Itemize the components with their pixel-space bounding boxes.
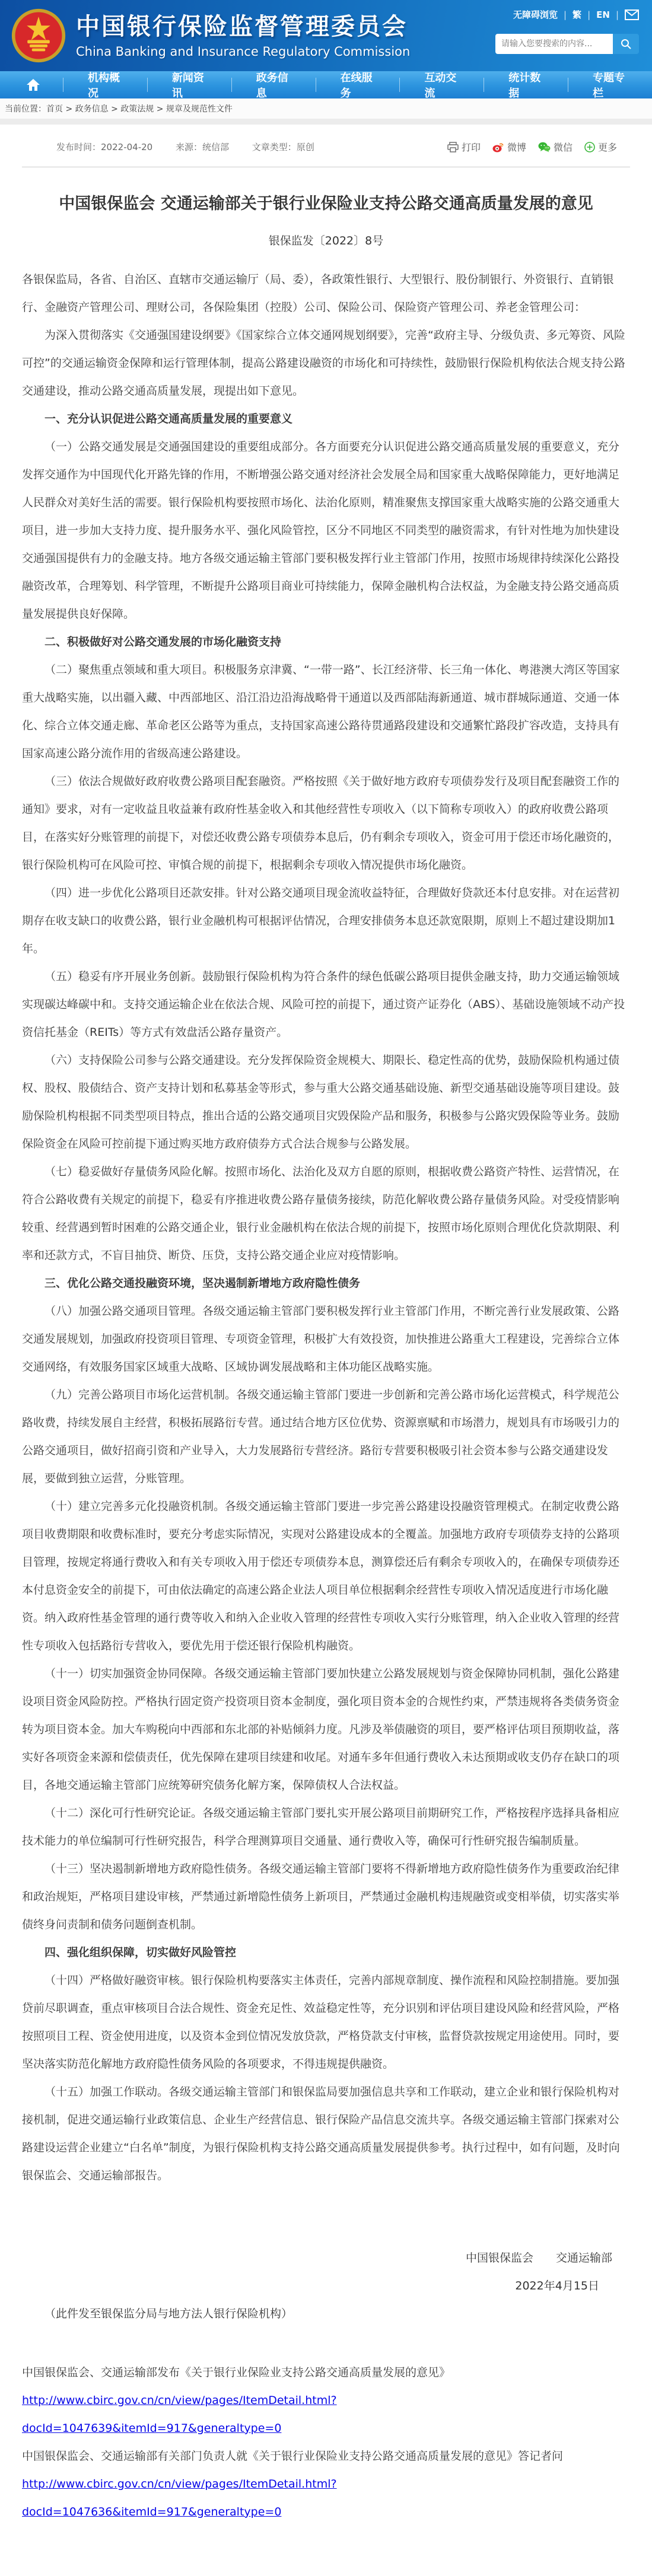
item-lead: （八）加强公路交通项目管理。 [44, 1305, 202, 1318]
home-icon[interactable] [0, 71, 63, 98]
publish-time-value: 2022-04-20 [101, 142, 152, 152]
english-link[interactable]: EN [596, 9, 610, 20]
item-lead: （十三）坚决遏制新增地方政府隐性债务。 [44, 1862, 259, 1875]
paragraph: （十三）坚决遏制新增地方政府隐性债务。各级交通运输主管部门要将不得新增地方政府隐… [22, 1855, 630, 1939]
paragraph: （八）加强公路交通项目管理。各级交通运输主管部门要积极发挥行业主管部门作用，不断… [22, 1297, 630, 1381]
item-lead: （十二）深化可行性研究论证。 [44, 1807, 202, 1820]
site-header: 中国银行保险监督管理委员会 China Banking and Insuranc… [0, 0, 652, 71]
divider [22, 167, 630, 167]
item-lead: （十五）加强工作联动。 [44, 2085, 168, 2098]
wechat-button[interactable]: 微信 [538, 140, 573, 154]
site-subtitle: China Banking and Insurance Regulatory C… [76, 44, 410, 59]
article-type-value: 原创 [297, 142, 314, 152]
document-link[interactable]: http://www.cbirc.gov.cn/cn/view/pages/It… [22, 2387, 630, 2443]
meta-left: 发布时间：2022-04-20 来源：统信部 文章类型：原创 [56, 141, 335, 153]
traditional-chinese-link[interactable]: 繁 [573, 8, 581, 21]
breadcrumb-item[interactable]: 政务信息 [75, 104, 109, 114]
nav-items: 机构概况新闻资讯政务信息在线服务互动交流统计数据专题专栏 [63, 71, 652, 98]
weibo-icon [492, 142, 504, 152]
document-body: 各银保监局，各省、自治区、直辖市交通运输厅（局、委），各政策性银行、大型银行、股… [22, 266, 630, 2190]
nav-item[interactable]: 机构概况 [63, 71, 147, 98]
print-button[interactable]: 打印 [447, 140, 481, 154]
paragraph: （十五）加强工作联动。各级交通运输主管部门和银保监局要加强信息共享和工作联动，建… [22, 2078, 630, 2190]
plus-more-icon [584, 142, 595, 152]
paragraph: （三）依法合规做好政府收费公路项目配套融资。严格按照《关于做好地方政府专项债券发… [22, 768, 630, 879]
paragraph: （六）支持保险公司参与公路交通建设。充分发挥保险资金规模大、期限长、稳定性高的优… [22, 1047, 630, 1158]
publish-time-label: 发布时间： [56, 142, 101, 152]
article-type-label: 文章类型： [252, 142, 297, 152]
nav-item[interactable]: 新闻资讯 [147, 71, 231, 98]
search-button[interactable] [613, 34, 639, 54]
more-button[interactable]: 更多 [584, 140, 617, 154]
item-lead: （五）稳妥有序开展业务创新。 [44, 970, 202, 983]
section-heading: 一、充分认识促进公路交通高质量发展的重要意义 [22, 405, 630, 433]
wechat-icon [538, 142, 551, 152]
paragraph: （四）进一步优化公路项目还款安排。针对公路交通项目现金流收益特征，合理做好贷款还… [22, 879, 630, 963]
link-label: 中国银保监会、交通运输部有关部门负责人就《关于银行业保险业支持公路交通高质量发展… [22, 2443, 630, 2470]
item-lead: （一）公路交通发展是交通强国建设的重要组成部分。 [44, 440, 315, 453]
related-links: 中国银保监会、交通运输部发布《关于银行业保险业支持公路交通高质量发展的意见》ht… [22, 2359, 630, 2526]
printer-icon [447, 142, 459, 152]
utility-links: 无障碍浏览 | 繁 | EN | [461, 8, 639, 21]
date-line: 2022年4月15日 [22, 2272, 630, 2300]
breadcrumb-items: 首页 > 政务信息 > 政策法规 > 规章及规范性文件 [46, 103, 233, 115]
search-input[interactable] [495, 34, 613, 54]
item-lead: （九）完善公路项目市场化运营机制。 [44, 1388, 236, 1401]
breadcrumb-item[interactable]: 政策法规 [120, 104, 154, 114]
item-lead: （四）进一步优化公路项目还款安排。 [44, 886, 236, 899]
signature-line: 中国银保监会交通运输部 [22, 2244, 630, 2272]
main-nav: 机构概况新闻资讯政务信息在线服务互动交流统计数据专题专栏 [0, 71, 652, 98]
document-link[interactable]: http://www.cbirc.gov.cn/cn/view/pages/It… [22, 2470, 630, 2526]
paragraph: （九）完善公路项目市场化运营机制。各级交通运输主管部门要进一步创新和完善公路市场… [22, 1381, 630, 1493]
utility-separator: | [587, 9, 590, 20]
search-icon [620, 38, 632, 50]
paragraph: （十四）严格做好融资审核。银行保险机构要落实主体责任，完善内部规章制度、操作流程… [22, 1967, 630, 2078]
item-lead: （十一）切实加强资金协同保障。 [44, 1667, 214, 1680]
item-lead: （三）依法合规做好政府收费公路项目配套融资。 [44, 775, 292, 788]
nav-item[interactable]: 在线服务 [316, 71, 400, 98]
national-emblem-logo [11, 8, 66, 63]
article-meta: 发布时间：2022-04-20 来源：统信部 文章类型：原创 打印 微博 微信 … [22, 125, 630, 163]
item-lead: （六）支持保险公司参与公路交通建设。 [44, 1054, 247, 1067]
utility-separator: | [616, 9, 619, 20]
section-heading: 四、强化组织保障，切实做好风险管控 [22, 1939, 630, 1967]
nav-item[interactable]: 互动交流 [399, 71, 484, 98]
paragraph: （一）公路交通发展是交通强国建设的重要组成部分。各方面要充分认识促进公路交通高质… [22, 433, 630, 628]
paragraph: 为深入贯彻落实《交通强国建设纲要》《国家综合立体交通网规划纲要》，完善“政府主导… [22, 322, 630, 405]
section-heading: 三、优化公路交通投融资环境，坚决遏制新增地方政府隐性债务 [22, 1270, 630, 1297]
share-actions: 打印 微博 微信 更多 [447, 140, 617, 154]
item-lead: （七）稳妥做好存量债务风险化解。 [44, 1165, 225, 1178]
link-label: 中国银保监会、交通运输部发布《关于银行业保险业支持公路交通高质量发展的意见》 [22, 2359, 630, 2387]
section-heading: 二、积极做好对公路交通发展的市场化融资支持 [22, 628, 630, 656]
document-number: 银保监发〔2022〕8号 [22, 232, 630, 248]
item-lead: （十四）严格做好融资审核。 [44, 1974, 191, 1987]
breadcrumb-item[interactable]: 规章及规范性文件 [166, 104, 233, 114]
article: 发布时间：2022-04-20 来源：统信部 文章类型：原创 打印 微博 微信 … [0, 125, 652, 2550]
item-lead: （十）建立完善多元化投融资机制。 [44, 1500, 225, 1513]
breadcrumb-label: 当前位置： [5, 103, 46, 115]
accessibility-link[interactable]: 无障碍浏览 [513, 8, 558, 21]
breadcrumb: 当前位置： 首页 > 政务信息 > 政策法规 > 规章及规范性文件 [0, 98, 652, 125]
utility-separator: | [564, 9, 567, 20]
nav-item[interactable]: 统计数据 [484, 71, 568, 98]
nav-item[interactable]: 专题专栏 [568, 71, 652, 98]
item-lead: （二）聚焦重点领域和重大项目。 [44, 663, 214, 676]
paragraph: （十一）切实加强资金协同保障。各级交通运输主管部门要加快建立公路发展规划与资金保… [22, 1660, 630, 1799]
nav-item[interactable]: 政务信息 [231, 71, 316, 98]
source-value: 统信部 [202, 142, 229, 152]
paragraph: （十）建立完善多元化投融资机制。各级交通运输主管部门要进一步完善公路建设投融资管… [22, 1493, 630, 1660]
document-title: 中国银保监会 交通运输部关于银行业保险业支持公路交通高质量发展的意见 [28, 192, 624, 217]
site-title: 中国银行保险监督管理委员会 [76, 12, 410, 41]
weibo-button[interactable]: 微博 [492, 140, 526, 154]
paragraph: （十二）深化可行性研究论证。各级交通运输主管部门要扎实开展公路项目前期研究工作，… [22, 1799, 630, 1855]
breadcrumb-item[interactable]: 首页 [46, 104, 63, 114]
mail-icon[interactable] [625, 9, 639, 20]
paragraph: （七）稳妥做好存量债务风险化解。按照市场化、法治化及双方自愿的原则，根据收费公路… [22, 1158, 630, 1270]
distribution-note: （此件发至银保监分局与地方法人银行保险机构） [22, 2300, 630, 2328]
paragraph: （二）聚焦重点领域和重大项目。积极服务京津冀、“一带一路”、长江经济带、长三角一… [22, 656, 630, 768]
salutation: 各银保监局，各省、自治区、直辖市交通运输厅（局、委），各政策性银行、大型银行、股… [22, 266, 630, 322]
paragraph: （五）稳妥有序开展业务创新。鼓励银行保险机构为符合条件的绿色低碳公路项目提供金融… [22, 963, 630, 1047]
source-label: 来源： [176, 142, 202, 152]
